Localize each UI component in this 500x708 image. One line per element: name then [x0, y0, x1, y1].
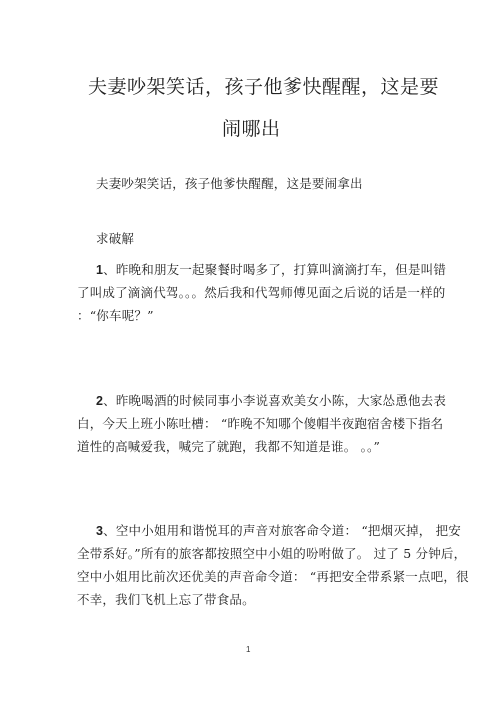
document-page: 夫妻吵架笑话，孩子他爹快醒醒，这是要 闹哪出 夫妻吵架笑话，孩子他爹快醒醒，这是…: [0, 0, 500, 708]
joke-1-line-1: 1、昨晚和朋友一起聚餐时喝多了，打算叫滴滴打车，但是叫错: [96, 262, 446, 278]
title-line-2: 闹哪出: [222, 117, 281, 141]
joke-text: 、昨晚喝酒的时候同事小李说喜欢美女小陈，大家怂恿他去表: [103, 393, 446, 408]
joke-3-line-1: 3、空中小姐用和谐悦耳的声音对旅客命令道： “把烟灭掉， 把安: [96, 523, 461, 539]
joke-text: 、昨晚和朋友一起聚餐时喝多了，打算叫滴滴打车，但是叫错: [103, 262, 446, 277]
joke-2-line-3: 道性的高喊爱我，喊完了就跑，我都不知道是谁。 。。”: [77, 439, 380, 455]
joke-3-line-3: 空中小姐用比前次还优美的声音命令道： “再把安全带系紧一点吧，很: [77, 569, 469, 585]
request-text: 求破解: [96, 231, 134, 247]
subtitle: 夫妻吵架笑话，孩子他爹快醒醒，这是要闹拿出: [96, 176, 363, 192]
joke-2-line-1: 2、昨晚喝酒的时候同事小李说喜欢美女小陈，大家怂恿他去表: [96, 393, 446, 409]
joke-text: 、空中小姐用和谐悦耳的声音对旅客命令道： “把烟灭掉， 把安: [103, 523, 461, 538]
page-number: 1: [246, 645, 250, 654]
joke-1-line-3: ：“你车呢？”: [77, 308, 154, 324]
joke-2-line-2: 白，今天上班小陈吐槽： “昨晚不知哪个傻帽半夜跑宿舍楼下指名: [77, 416, 443, 432]
joke-1-line-2: 了叫成了滴滴代驾。。。然后我和代驾师傅见面之后说的话是一样的: [77, 285, 446, 301]
title-line-1: 夫妻吵架笑话，孩子他爹快醒醒，这是要: [88, 75, 439, 99]
joke-3-line-4: 不幸，我们飞机上忘了带食品。: [77, 592, 255, 608]
joke-3-line-2: 全带系好。”所有的旅客都按照空中小姐的吩咐做了。 过了 5 分钟后，: [77, 546, 466, 562]
